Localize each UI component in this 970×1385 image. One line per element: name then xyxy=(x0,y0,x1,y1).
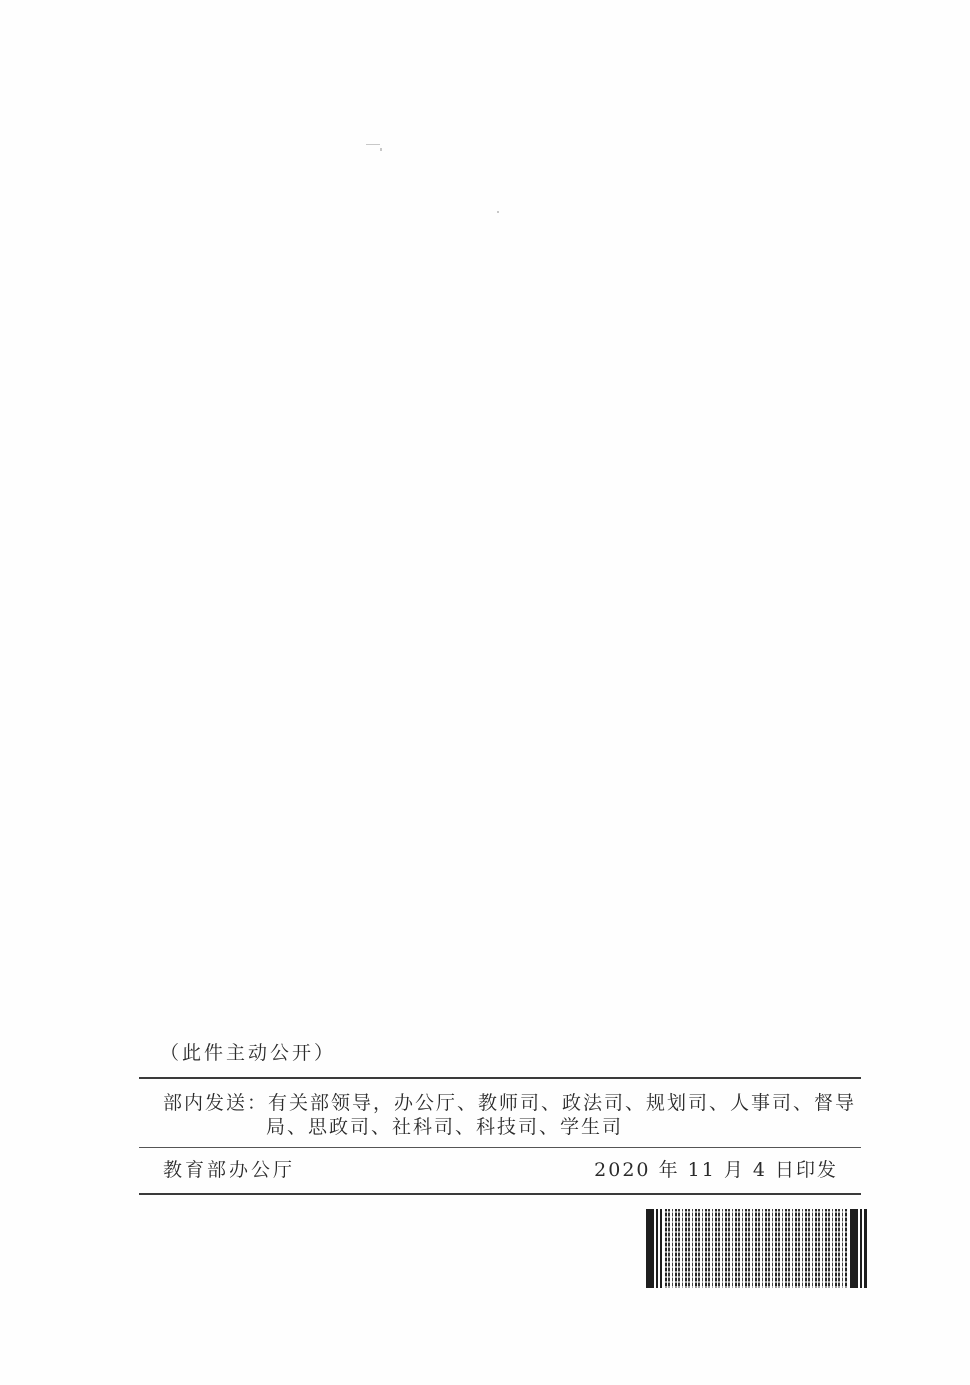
divider-bottom xyxy=(139,1193,861,1195)
barcode-stop-bar xyxy=(850,1209,858,1288)
document-page: （此件主动公开） 部内发送：有关部领导，办公厅、教师司、政法司、规划司、人事司、… xyxy=(0,0,970,1385)
distribution-label: 部内发送： xyxy=(163,1092,268,1114)
issuer-name: 教育部办公厅 xyxy=(163,1157,295,1183)
issue-date: 2020 年 11 月 4 日印发 xyxy=(594,1157,838,1183)
divider-top xyxy=(139,1077,861,1079)
distribution-recipients-line2: 局、思政司、社科司、科技司、学生司 xyxy=(163,1115,863,1139)
barcode-start-bar xyxy=(646,1209,654,1288)
scan-speck xyxy=(497,211,499,213)
scan-speck xyxy=(366,144,380,145)
disclosure-note: （此件主动公开） xyxy=(160,1040,336,1066)
divider-middle xyxy=(139,1147,861,1148)
barcode-data-matrix xyxy=(665,1209,847,1288)
barcode-bar xyxy=(864,1209,867,1288)
pdf417-barcode-icon xyxy=(646,1209,867,1288)
distribution-recipients-line1: 有关部领导，办公厅、教师司、政法司、规划司、人事司、督导 xyxy=(268,1092,856,1114)
scan-speck xyxy=(380,148,382,151)
distribution-list: 部内发送：有关部领导，办公厅、教师司、政法司、规划司、人事司、督导 局、思政司、… xyxy=(163,1091,863,1139)
